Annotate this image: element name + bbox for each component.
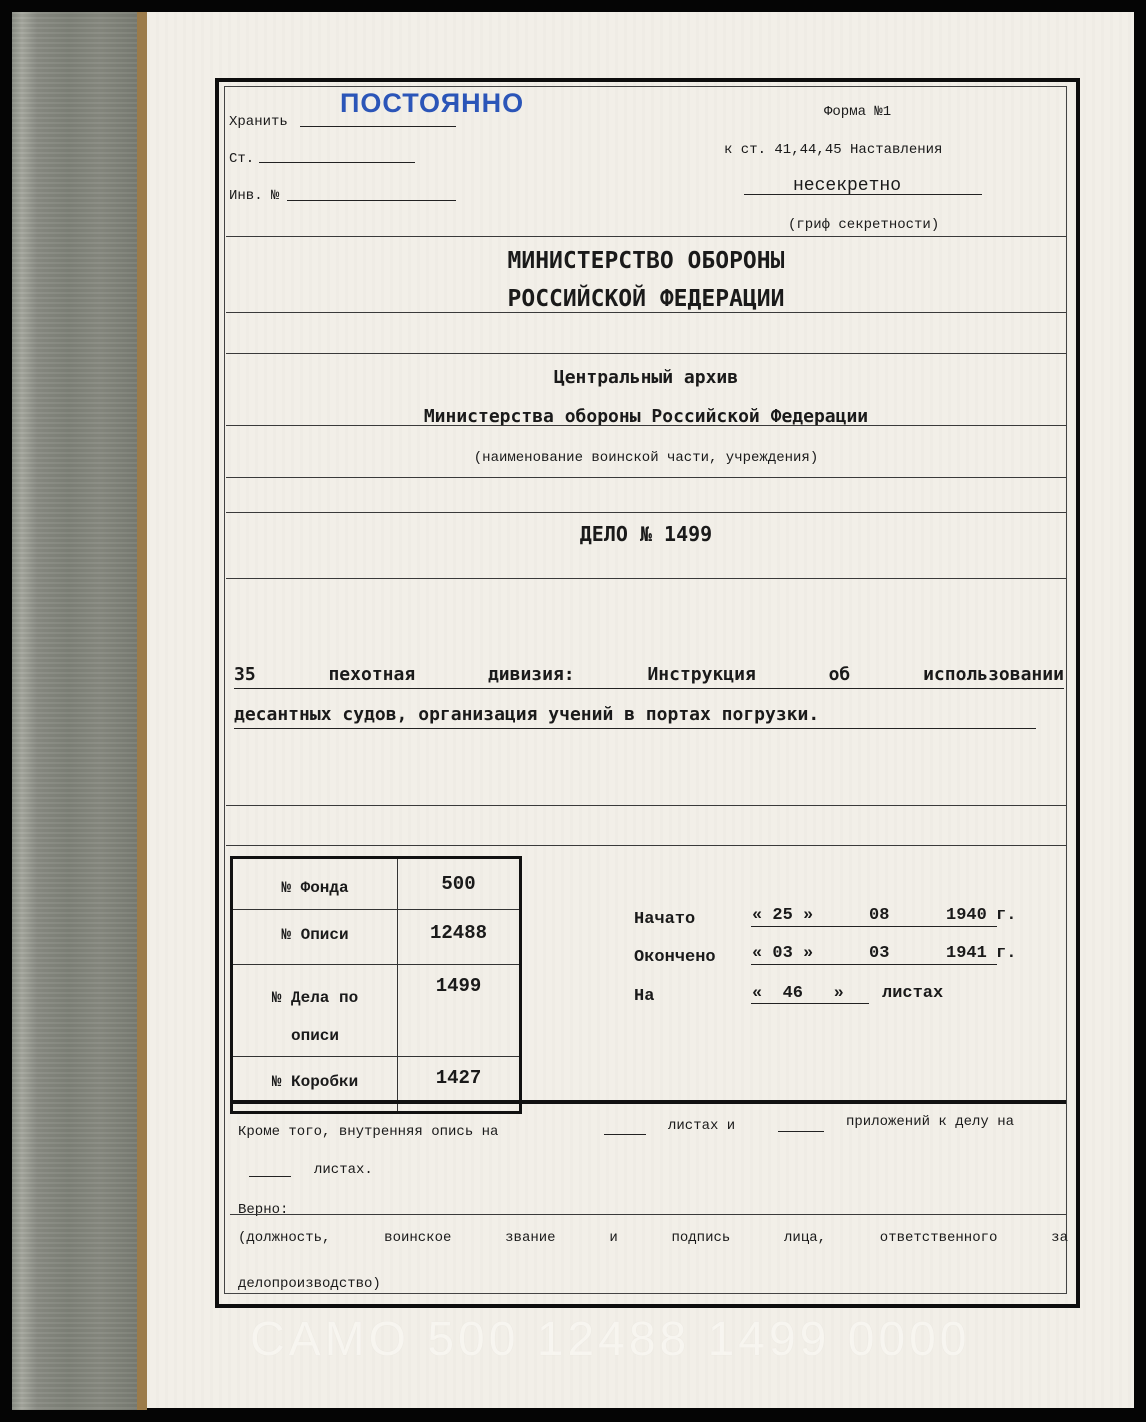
- form-number: Форма №1: [824, 104, 891, 120]
- caption-word: за: [1051, 1230, 1068, 1246]
- classification-line: [744, 194, 982, 195]
- archive-watermark: CAMO 500 12488 1499 0000: [250, 1312, 970, 1367]
- article-field-line: [259, 162, 415, 163]
- divider: [226, 353, 1066, 354]
- case-description-line-2: десантных судов, организация учений в по…: [234, 704, 819, 725]
- finished-day: « 03 »: [752, 944, 813, 963]
- desc-word: пехотная: [328, 664, 415, 685]
- verified-label: Верно:: [238, 1202, 288, 1218]
- table-row: № Описи 12488: [232, 910, 521, 965]
- finished-label: Окончено: [634, 948, 716, 967]
- finished-year: 1941: [946, 944, 987, 963]
- sheets-underline: [751, 1003, 869, 1004]
- folder-spine: [12, 12, 137, 1410]
- started-label: Начато: [634, 910, 695, 929]
- inventory-field-line: [287, 200, 456, 201]
- started-year: 1940: [946, 906, 987, 925]
- store-label: Хранить: [229, 114, 288, 130]
- desc-word: Инструкция: [647, 664, 755, 685]
- description-underline: [234, 728, 1036, 729]
- inventory-note-b: листах и: [668, 1118, 735, 1134]
- caption-word: лица,: [784, 1230, 826, 1246]
- divider: [226, 512, 1066, 513]
- institution-line-2: Министерства обороны Российской Федераци…: [226, 406, 1066, 427]
- divider: [226, 236, 1066, 237]
- started-underline: [751, 926, 997, 927]
- started-month: 08: [869, 906, 889, 925]
- sheets-label: На: [634, 987, 654, 1006]
- caption-word: (должность,: [238, 1230, 330, 1246]
- finished-month: 03: [869, 944, 889, 963]
- divider: [226, 578, 1066, 579]
- finished-year-suffix: г.: [996, 944, 1016, 963]
- archive-reference-table: № Фонда 500 № Описи 12488 № Дела по опис…: [230, 856, 522, 1114]
- description-underline: [234, 688, 1064, 689]
- divider: [226, 477, 1066, 478]
- divider: [230, 1214, 1066, 1215]
- desc-word: об: [829, 664, 851, 685]
- attachments-blank[interactable]: [778, 1131, 824, 1132]
- finished-underline: [751, 964, 997, 965]
- table-row: № Дела по описи 1499: [232, 965, 521, 1057]
- case-title: ДЕЛО № 1499: [226, 522, 1066, 546]
- started-year-suffix: г.: [996, 906, 1016, 925]
- divider: [226, 312, 1066, 313]
- table-row: № Фонда 500: [232, 858, 521, 910]
- ministry-line-2: РОССИЙСКОЙ ФЕДЕРАЦИИ: [226, 286, 1066, 312]
- institution-caption: (наименование воинской части, учреждения…: [226, 450, 1066, 466]
- article-label: Ст.: [229, 151, 254, 167]
- classification-value: несекретно: [793, 176, 901, 196]
- thick-divider: [230, 1100, 1066, 1104]
- divider: [226, 805, 1066, 806]
- folder-edge: [137, 12, 147, 1410]
- caption-word: подпись: [671, 1230, 730, 1246]
- case-number-value: 1499: [398, 965, 521, 1057]
- sheets-suffix: листах: [882, 984, 943, 1003]
- ministry-line-1: МИНИСТЕРСТВО ОБОРОНЫ: [226, 248, 1066, 274]
- inventory-note-a: Кроме того, внутренняя опись на: [238, 1124, 498, 1140]
- inventory-list-label: № Описи: [232, 910, 398, 965]
- caption-word: звание: [505, 1230, 555, 1246]
- inventory-sheets-blank[interactable]: [604, 1134, 646, 1135]
- case-number-label-line-1: № Дела по: [234, 979, 396, 1017]
- desc-word: 35: [234, 664, 256, 685]
- institution-line-1: Центральный архив: [226, 367, 1066, 388]
- attachment-sheets-blank[interactable]: [249, 1176, 291, 1177]
- box-label: № Коробки: [232, 1057, 398, 1113]
- fund-label: № Фонда: [232, 858, 398, 910]
- box-value: 1427: [398, 1057, 521, 1113]
- table-row: № Коробки 1427: [232, 1057, 521, 1113]
- inventory-note-c: приложений к делу на: [846, 1114, 1014, 1130]
- desc-word: дивизия:: [488, 664, 575, 685]
- inventory-label: Инв. №: [229, 188, 279, 204]
- responsible-caption-line-1: (должность, воинское звание и подпись ли…: [238, 1230, 1068, 1246]
- inventory-note-d: листах.: [314, 1162, 373, 1178]
- case-number-label-line-2: описи: [234, 1017, 396, 1055]
- caption-word: и: [609, 1230, 617, 1246]
- divider: [226, 425, 1066, 426]
- inventory-list-value: 12488: [398, 910, 521, 965]
- caption-word: ответственного: [880, 1230, 998, 1246]
- storage-stamp: ПОСТОЯННО: [340, 88, 524, 119]
- form-reference: к ст. 41,44,45 Наставления: [724, 142, 942, 158]
- started-day: « 25 »: [752, 906, 813, 925]
- case-number-label: № Дела по описи: [232, 965, 398, 1057]
- divider: [226, 845, 1066, 846]
- classification-caption: (гриф секретности): [788, 217, 939, 233]
- store-field-line: [300, 126, 456, 127]
- sheets-count: « 46 »: [752, 984, 844, 1003]
- case-description-line-1: 35 пехотная дивизия: Инструкция об испол…: [234, 664, 1064, 685]
- fund-value: 500: [398, 858, 521, 910]
- caption-word: воинское: [384, 1230, 451, 1246]
- desc-word: использовании: [923, 664, 1064, 685]
- responsible-caption-line-2: делопроизводство): [238, 1276, 381, 1292]
